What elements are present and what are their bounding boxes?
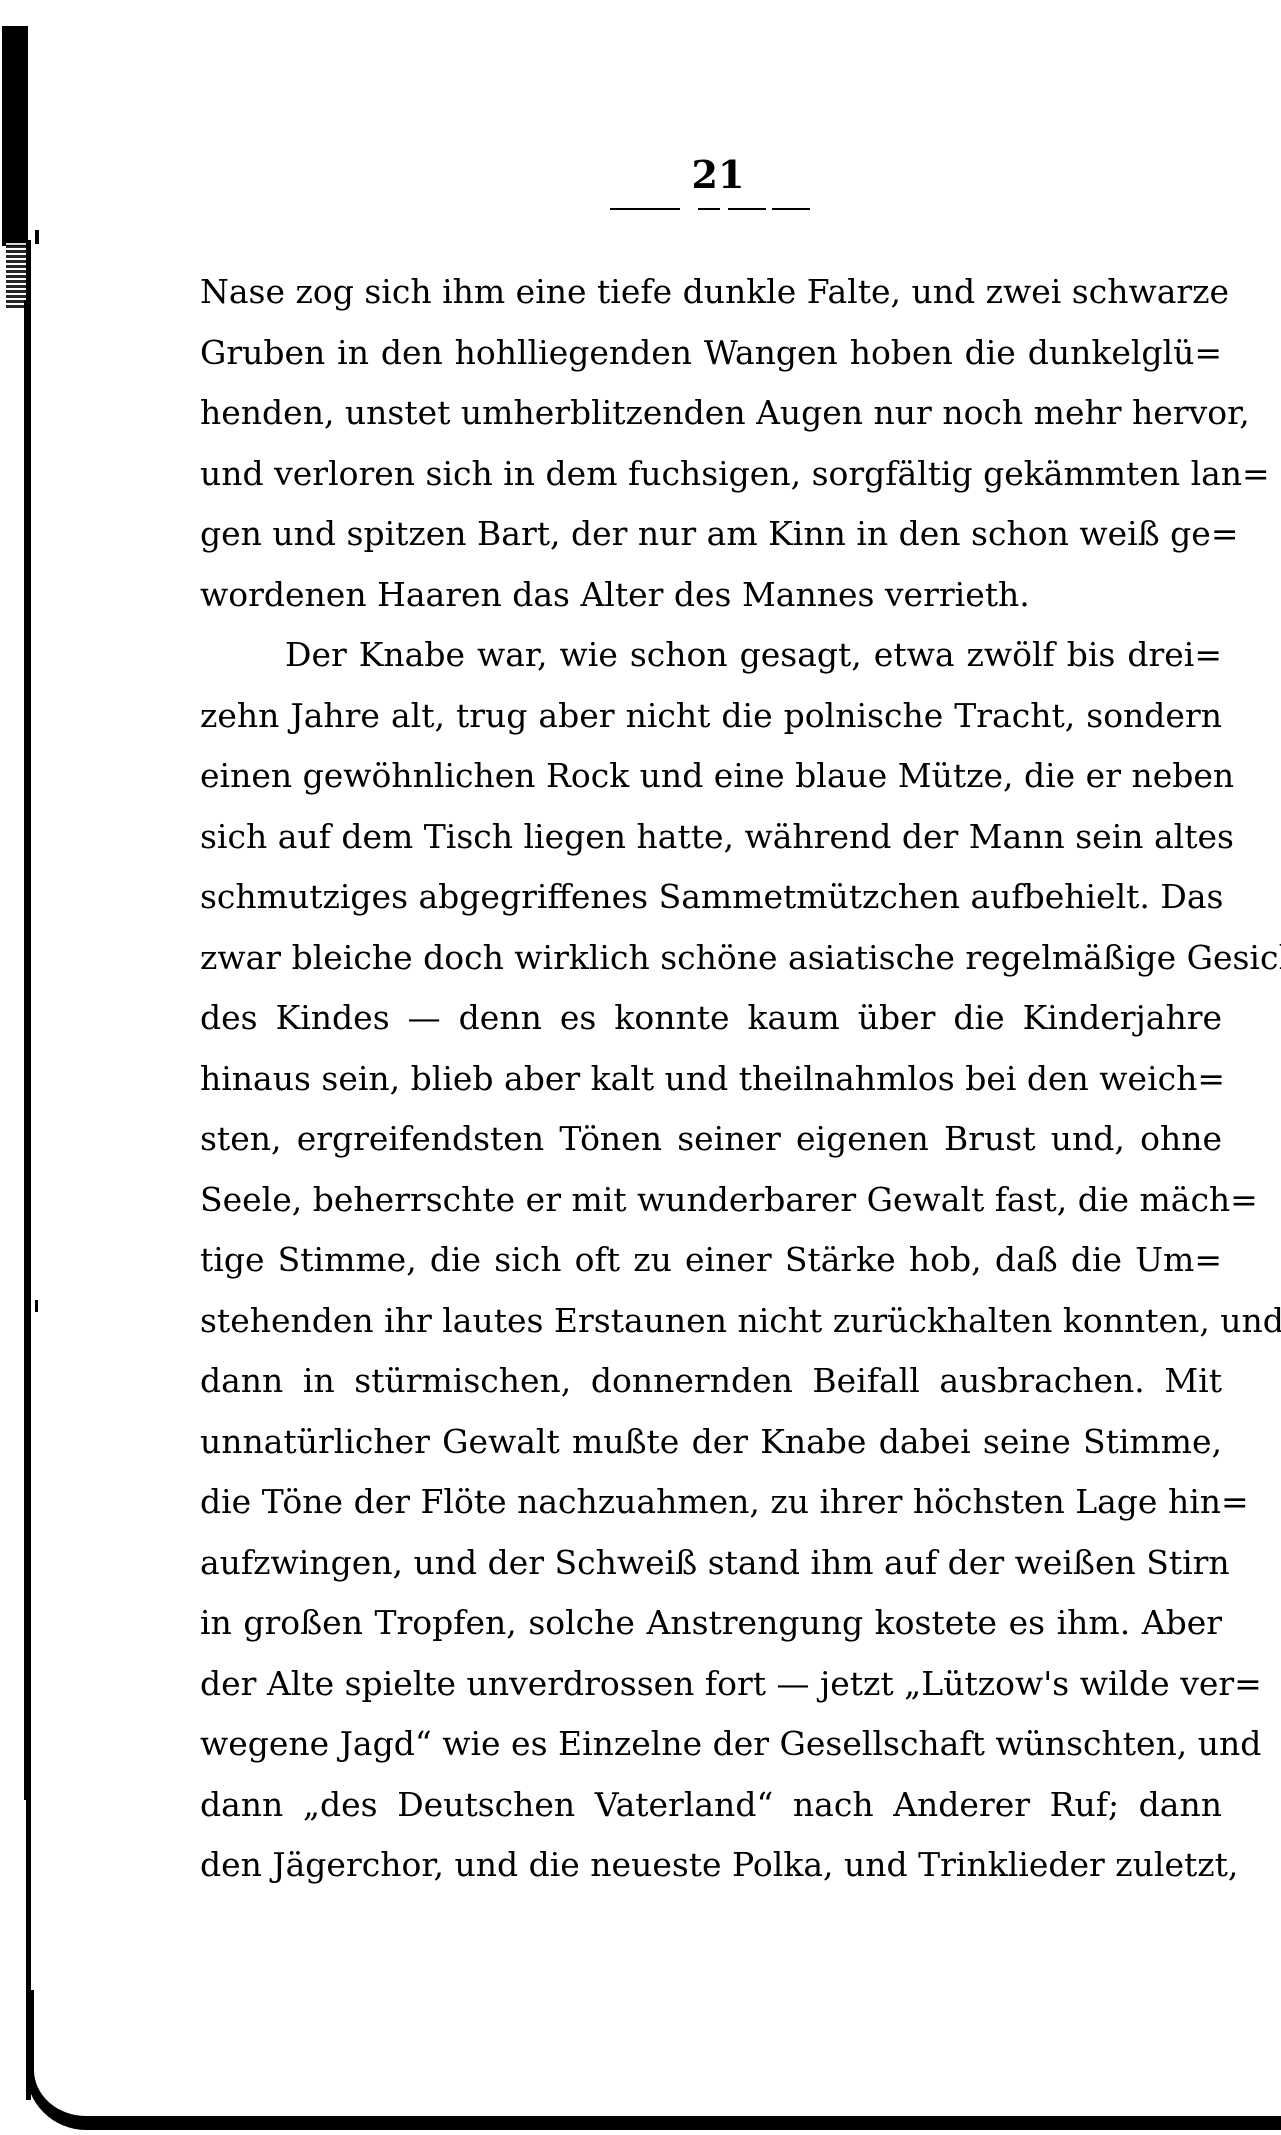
text-line: aufzwingen, und der Schweiß stand ihm au… xyxy=(200,1533,1222,1594)
text-line: und verloren sich in dem fuchsigen, sorg… xyxy=(200,444,1222,505)
text-line: der Alte spielte unverdrossen fort — jet… xyxy=(200,1654,1222,1715)
text-line: dann „des Deutschen Vaterland“ nach Ande… xyxy=(200,1775,1222,1836)
text-line: gen und spitzen Bart, der nur am Kinn in… xyxy=(200,504,1222,565)
text-line: des Kindes — denn es konnte kaum über di… xyxy=(200,988,1222,1049)
page-number: 21 xyxy=(0,152,1281,197)
text-line: Gruben in den hohlliegenden Wangen hoben… xyxy=(200,323,1222,384)
binding-shadow xyxy=(2,26,28,246)
text-line: sten, ergreifendsten Tönen seiner eigene… xyxy=(200,1109,1222,1170)
text-line: henden, unstet umherblitzenden Augen nur… xyxy=(200,383,1222,444)
text-line: Seele, beherrschte er mit wunderbarer Ge… xyxy=(200,1170,1222,1231)
page-corner-curl xyxy=(26,1990,1281,2130)
text-line: unnatürlicher Gewalt mußte der Knabe dab… xyxy=(200,1412,1222,1473)
body-text: Nase zog sich ihm eine tiefe dunkle Falt… xyxy=(200,262,1222,1896)
page-edge-line xyxy=(26,240,31,2100)
text-line: schmutziges abgegriffenes Sammetmützchen… xyxy=(200,867,1222,928)
scan-speck xyxy=(35,230,39,244)
text-line: wordenen Haaren das Alter des Mannes ver… xyxy=(200,565,1222,626)
text-line: tige Stimme, die sich oft zu einer Stärk… xyxy=(200,1230,1222,1291)
text-line: Nase zog sich ihm eine tiefe dunkle Falt… xyxy=(200,262,1222,323)
binding-shadow-taper xyxy=(6,240,26,310)
text-line: die Töne der Flöte nachzuahmen, zu ihrer… xyxy=(200,1472,1222,1533)
text-line: in großen Tropfen, solche Anstrengung ko… xyxy=(200,1593,1222,1654)
book-page: 21 Nase zog sich ihm eine tiefe dunkle F… xyxy=(0,0,1281,2135)
text-line: dann in stürmischen, donnernden Beifall … xyxy=(200,1351,1222,1412)
text-line: Der Knabe war, wie schon gesagt, etwa zw… xyxy=(200,625,1222,686)
scan-speck xyxy=(35,1300,38,1312)
text-line: zehn Jahre alt, trug aber nicht die poln… xyxy=(200,686,1222,747)
header-rule xyxy=(610,208,810,210)
text-line: den Jägerchor, und die neueste Polka, un… xyxy=(200,1835,1222,1896)
text-line: stehenden ihr lautes Erstaunen nicht zur… xyxy=(200,1291,1222,1352)
text-line: einen gewöhnlichen Rock und eine blaue M… xyxy=(200,746,1222,807)
text-line: wegene Jagd“ wie es Einzelne der Gesells… xyxy=(200,1714,1222,1775)
text-line: zwar bleiche doch wirklich schöne asiati… xyxy=(200,928,1222,989)
paragraph-2: Der Knabe war, wie schon gesagt, etwa zw… xyxy=(200,625,1222,1896)
text-line: hinaus sein, blieb aber kalt und theilna… xyxy=(200,1049,1222,1110)
page-edge-line-inner xyxy=(24,300,26,1800)
paragraph-1: Nase zog sich ihm eine tiefe dunkle Falt… xyxy=(200,262,1222,625)
text-line: sich auf dem Tisch liegen hatte, während… xyxy=(200,807,1222,868)
